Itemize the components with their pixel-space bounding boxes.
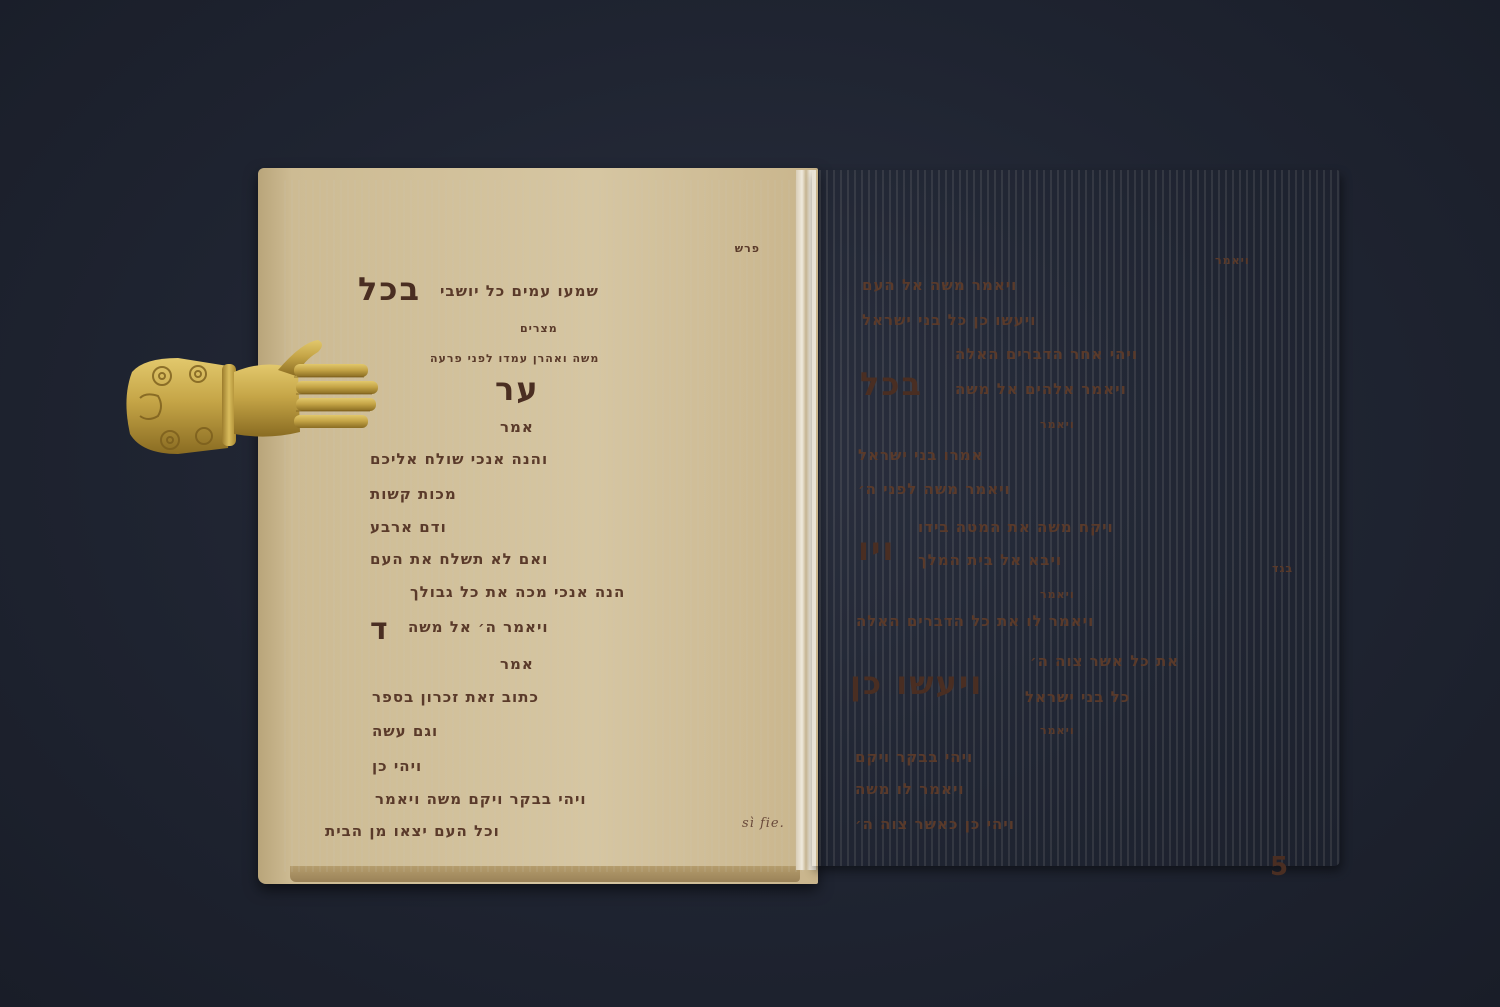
right-initial-word-1: בכל — [860, 365, 923, 403]
left-line-12: אמר — [500, 655, 534, 673]
left-line-3: משה ואהרן עמדו לפני פרעה — [430, 352, 599, 365]
left-line-17: וכל העם יצאו מן הבית — [325, 822, 500, 840]
right-line-17: ויהי כן כאשר צוה ה׳ — [855, 815, 1015, 833]
left-line-14: וגם עשה — [372, 722, 438, 740]
right-line-13: כל בני ישראל — [1025, 688, 1130, 706]
brass-hand-clip-icon — [118, 336, 380, 460]
right-margin-note: בגד — [1272, 562, 1293, 575]
left-initial-word-2: ער — [495, 370, 540, 408]
left-line-13: כתוב זאת זכרון בספר — [372, 688, 539, 706]
right-line-4: ויאמר אלהים אל משה — [955, 380, 1127, 398]
left-line-10: הנה אנכי מכה את כל גבולך — [410, 583, 625, 601]
left-line-2: מצרים — [520, 322, 558, 335]
left-line-6: והנה אנכי שולח אליכם — [370, 450, 548, 468]
left-line-7: מכות קשות — [370, 485, 457, 503]
right-line-16: ויאמר לו משה — [855, 780, 965, 798]
left-running-head: פרש — [735, 242, 760, 255]
right-line-2: ויעשו כן כל בני ישראל — [862, 311, 1036, 329]
catchword: sì fie. — [742, 816, 785, 831]
right-initial-word-3: ויעשו כן — [850, 664, 983, 702]
right-line-8: ויקח משה את המטה בידו — [918, 518, 1114, 536]
left-line-9: ואם לא תשלח את העם — [370, 550, 548, 568]
right-line-14: ויאמר — [1040, 724, 1075, 737]
left-line-5: אמר — [500, 418, 534, 436]
left-initial-word-3: ד — [370, 612, 390, 647]
right-line-6: אמרו בני ישראל — [858, 446, 984, 464]
right-line-12: את כל אשר צוה ה׳ — [1030, 652, 1179, 670]
right-line-7: ויאמר משה לפני ה׳ — [858, 480, 1011, 498]
right-line-9: ויבא אל בית המלך — [918, 551, 1062, 569]
left-line-8: ודם ארבע — [370, 518, 447, 536]
left-initial-word-1: בכל — [358, 270, 421, 308]
right-line-10: ויאמר — [1040, 588, 1075, 601]
right-line-15: ויהי בבקר ויקם — [855, 748, 973, 766]
right-line-1: ויאמר משה אל העם — [862, 276, 1017, 294]
left-line-15: ויהי כן — [372, 757, 422, 775]
right-running-head: ויאמר — [1215, 254, 1250, 267]
left-line-1: שמעו עמים כל יושבי — [440, 282, 599, 300]
right-line-3: ויהי אחר הדברים האלה — [955, 345, 1138, 363]
page-number: 5 — [1270, 852, 1289, 882]
left-line-16: ויהי בבקר ויקם משה ויאמר — [375, 790, 587, 808]
right-line-5: ויאמר — [1040, 418, 1075, 431]
left-line-11: ויאמר ה׳ אל משה — [408, 618, 549, 636]
right-line-11: ויאמר לו את כל הדברים האלה — [856, 612, 1094, 630]
right-initial-word-2: ויו — [858, 530, 895, 568]
